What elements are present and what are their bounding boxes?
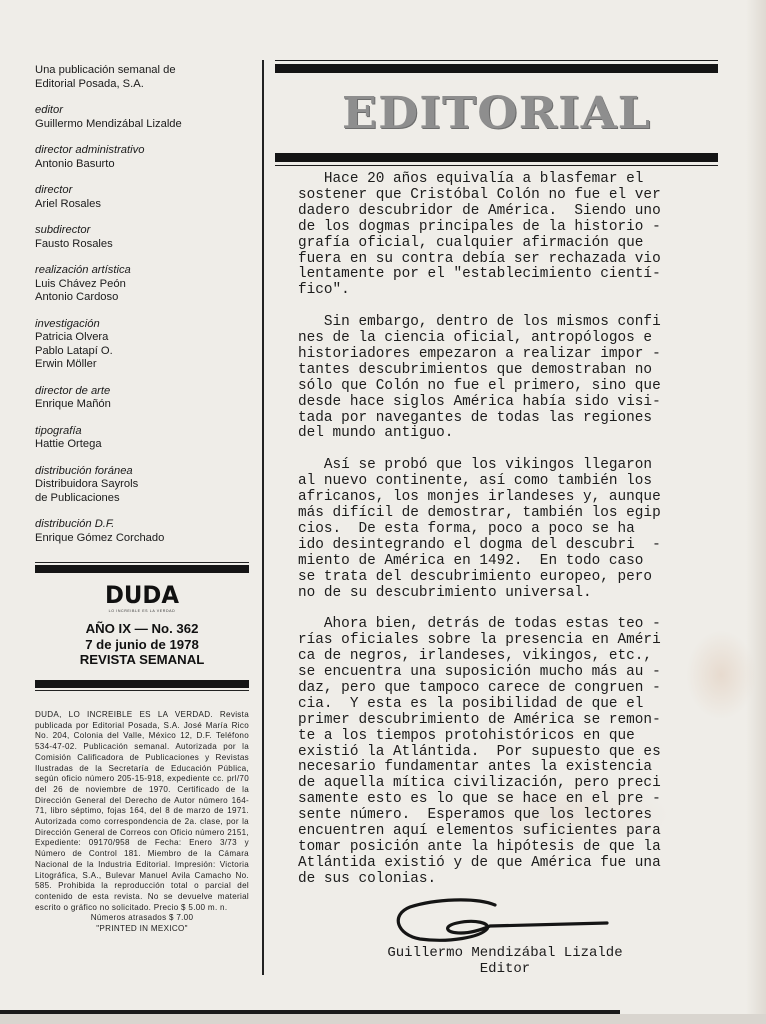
credit-name: Ariel Rosales bbox=[35, 198, 250, 212]
rule bbox=[35, 562, 249, 563]
publisher-intro: Una publicación semanal de Editorial Pos… bbox=[35, 64, 250, 91]
credit-entry: director de arteEnrique Mañón bbox=[35, 385, 250, 412]
credit-name: Enrique Gómez Corchado bbox=[35, 532, 250, 546]
intro-line: Editorial Posada, S.A. bbox=[35, 78, 250, 92]
credit-name: Distribuidora Sayrols bbox=[35, 478, 250, 492]
credit-role: editor bbox=[35, 104, 250, 118]
rule bbox=[275, 60, 718, 61]
logo-tagline: LO INCREIBLE ES LA VERDAD bbox=[35, 609, 249, 613]
legal-notice: DUDA, LO INCREIBLE ES LA VERDAD. Revista… bbox=[35, 710, 249, 935]
credit-name: Erwin Möller bbox=[35, 358, 250, 372]
credit-entry: realización artísticaLuis Chávez PeónAnt… bbox=[35, 264, 250, 305]
credit-name: Hattie Ortega bbox=[35, 438, 250, 452]
staff-credits: Una publicación semanal de Editorial Pos… bbox=[35, 64, 250, 558]
issue-info: AÑO IX — No. 362 7 de junio de 1978 REVI… bbox=[35, 621, 249, 668]
credit-name: Antonio Cardoso bbox=[35, 291, 250, 305]
credit-entry: tipografíaHattie Ortega bbox=[35, 425, 250, 452]
signature-block: Guillermo Mendizábal Lizalde Editor bbox=[320, 945, 690, 977]
credit-role: distribución foránea bbox=[35, 465, 250, 479]
masthead: DUDA LO INCREIBLE ES LA VERDAD AÑO IX — … bbox=[35, 562, 249, 691]
credit-role: director de arte bbox=[35, 385, 250, 399]
publication-type: REVISTA SEMANAL bbox=[35, 652, 249, 668]
editorial-paragraph: Ahora bien, detrás de todas estas teo - … bbox=[298, 617, 708, 887]
editor-name: Guillermo Mendizábal Lizalde bbox=[320, 945, 690, 961]
credit-name: Guillermo Mendizábal Lizalde bbox=[35, 118, 250, 132]
credit-entry: director administrativoAntonio Basurto bbox=[35, 144, 250, 171]
rule bbox=[35, 680, 249, 688]
column-divider bbox=[262, 60, 264, 975]
editorial-body: Hace 20 años equivalía a blasfemar el so… bbox=[298, 172, 708, 904]
back-issues-price: Números atrasados $ 7.00 bbox=[35, 913, 249, 924]
issue-number: AÑO IX — No. 362 bbox=[35, 621, 249, 637]
credit-name: Pablo Latapí O. bbox=[35, 345, 250, 359]
editorial-header: EDITORIAL bbox=[275, 60, 718, 166]
credit-name: Patricia Olvera bbox=[35, 331, 250, 345]
credits-list: editorGuillermo Mendizábal Lizaldedirect… bbox=[35, 104, 250, 545]
credit-entry: subdirectorFausto Rosales bbox=[35, 224, 250, 251]
editorial-title: EDITORIAL bbox=[264, 73, 729, 153]
credit-entry: distribución D.F.Enrique Gómez Corchado bbox=[35, 518, 250, 545]
credit-name: Fausto Rosales bbox=[35, 238, 250, 252]
duda-logo: DUDA bbox=[40, 583, 243, 607]
credit-name: Luis Chávez Peón bbox=[35, 278, 250, 292]
credit-name: Enrique Mañón bbox=[35, 398, 250, 412]
editorial-paragraph: Hace 20 años equivalía a blasfemar el so… bbox=[298, 172, 708, 299]
issue-date: 7 de junio de 1978 bbox=[35, 637, 249, 653]
credit-role: tipografía bbox=[35, 425, 250, 439]
rule bbox=[35, 565, 249, 573]
editorial-paragraph: Sin embargo, dentro de los mismos confi … bbox=[298, 315, 708, 442]
rule bbox=[275, 153, 718, 162]
page-edge bbox=[0, 1014, 766, 1024]
credit-name: Antonio Basurto bbox=[35, 158, 250, 172]
printed-in: "PRINTED IN MEXICO" bbox=[35, 924, 249, 935]
rule bbox=[275, 64, 718, 73]
credit-entry: distribución foráneaDistribuidora Sayrol… bbox=[35, 465, 250, 506]
intro-line: Una publicación semanal de bbox=[35, 64, 250, 78]
rule bbox=[275, 165, 718, 166]
credit-role: director bbox=[35, 184, 250, 198]
credit-entry: editorGuillermo Mendizábal Lizalde bbox=[35, 104, 250, 131]
credit-role: distribución D.F. bbox=[35, 518, 250, 532]
editor-title: Editor bbox=[320, 961, 690, 977]
credit-role: subdirector bbox=[35, 224, 250, 238]
credit-role: realización artística bbox=[35, 264, 250, 278]
magazine-page: Una publicación semanal de Editorial Pos… bbox=[0, 0, 766, 1024]
rule bbox=[35, 690, 249, 691]
credit-entry: directorAriel Rosales bbox=[35, 184, 250, 211]
signature-icon bbox=[395, 893, 615, 948]
credit-role: director administrativo bbox=[35, 144, 250, 158]
editorial-paragraph: Así se probó que los vikingos llegaron a… bbox=[298, 458, 708, 601]
credit-role: investigación bbox=[35, 318, 250, 332]
credit-name: de Publicaciones bbox=[35, 492, 250, 506]
credit-entry: investigaciónPatricia OlveraPablo Latapí… bbox=[35, 318, 250, 372]
legal-text: DUDA, LO INCREIBLE ES LA VERDAD. Revista… bbox=[35, 710, 249, 912]
